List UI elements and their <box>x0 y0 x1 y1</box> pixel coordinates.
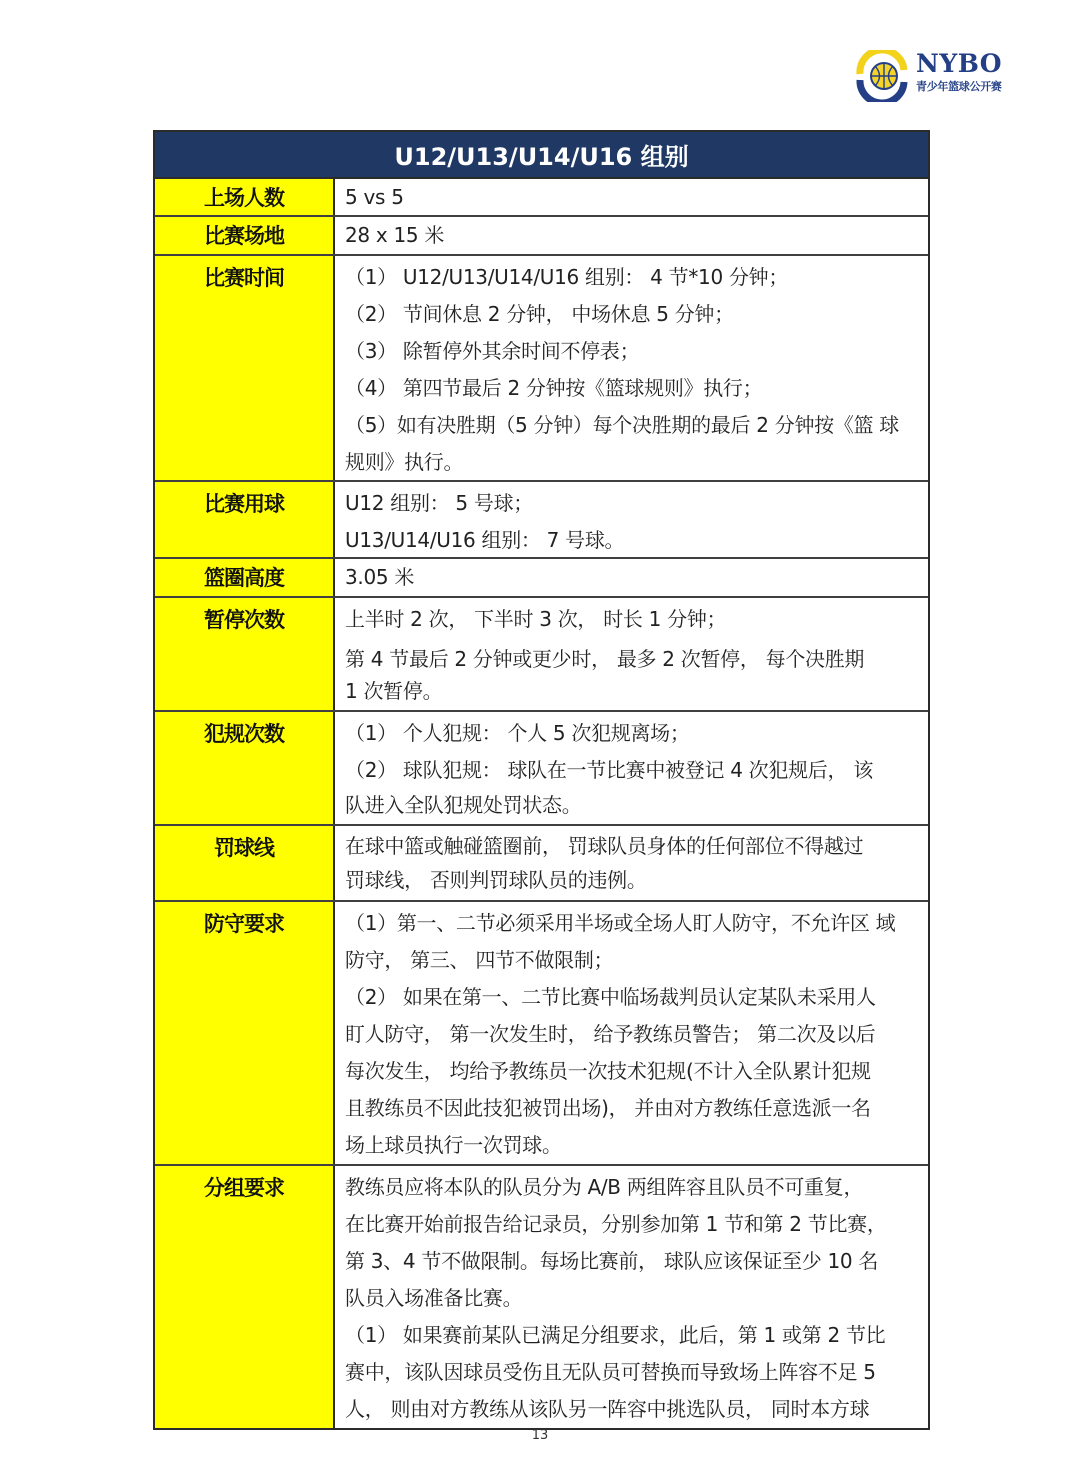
content-line: 且教练员不因此技犯被罚出场)， 并由对方教练任意选派一名 <box>345 1090 922 1127</box>
content-line: （1） 个人犯规： 个人 5 次犯规离场； <box>345 715 922 752</box>
row-label: 篮圈高度 <box>155 559 335 596</box>
content-line: （2） 如果在第一、二节比赛中临场裁判员认定某队未采用人 <box>345 979 922 1016</box>
content-line: 第 4 节最后 2 分钟或更少时， 最多 2 次暂停， 每个决胜期 <box>345 642 922 676</box>
table-row-game-time: 比赛时间 （1） U12/U13/U14/U16 组别： 4 节*10 分钟； … <box>155 256 928 482</box>
row-content: （1） 个人犯规： 个人 5 次犯规离场； （2） 球队犯规： 球队在一节比赛中… <box>335 712 928 824</box>
row-label: 防守要求 <box>155 902 335 1164</box>
row-content: （1）第一、二节必须采用半场或全场人盯人防守，不允许区 域 防守， 第三、 四节… <box>335 902 928 1164</box>
content-line: （1） U12/U13/U14/U16 组别： 4 节*10 分钟； <box>345 259 922 296</box>
row-label: 暂停次数 <box>155 598 335 710</box>
content-line: （2） 节间休息 2 分钟， 中场休息 5 分钟； <box>345 296 922 333</box>
row-content: 教练员应将本队的队员分为 A/B 两组阵容且队员不可重复， 在比赛开始前报告给记… <box>335 1166 928 1428</box>
content-line: 在比赛开始前报告给记录员，分别参加第 1 节和第 2 节比赛， <box>345 1206 922 1243</box>
table-row-fouls: 犯规次数 （1） 个人犯规： 个人 5 次犯规离场； （2） 球队犯规： 球队在… <box>155 712 928 826</box>
row-content: 在球中篮或触碰篮圈前， 罚球队员身体的任何部位不得越过 罚球线， 否则判罚球队员… <box>335 826 928 900</box>
table-row-free-throw-line: 罚球线 在球中篮或触碰篮圈前， 罚球队员身体的任何部位不得越过 罚球线， 否则判… <box>155 826 928 902</box>
row-content: 3.05 米 <box>335 559 928 596</box>
content-line: （3） 除暂停外其余时间不停表； <box>345 333 922 370</box>
logo-subtitle: 青少年篮球公开赛 <box>916 80 1002 94</box>
content-line: 人， 则由对方教练从该队另一阵容中挑选队员， 同时本方球 <box>345 1391 922 1428</box>
content-line: 罚球线， 否则判罚球队员的违例。 <box>345 864 922 896</box>
content-line: 28 x 15 米 <box>345 217 922 254</box>
content-line: 场上球员执行一次罚球。 <box>345 1127 922 1164</box>
content-line: （5）如有决胜期（5 分钟）每个决胜期的最后 2 分钟按《篮 球 <box>345 407 922 444</box>
table-title: U12/U13/U14/U16 组别 <box>155 132 928 179</box>
row-label: 比赛时间 <box>155 256 335 480</box>
row-label: 上场人数 <box>155 179 335 215</box>
row-content: 5 vs 5 <box>335 179 928 215</box>
content-line: 赛中，该队因球员受伤且无队员可替换而导致场上阵容不足 5 <box>345 1354 922 1391</box>
content-line: 3.05 米 <box>345 559 922 596</box>
page-number: 13 <box>0 1428 1080 1443</box>
content-line: 每次发生， 均给予教练员一次技术犯规(不计入全队累计犯规 <box>345 1053 922 1090</box>
content-line: 规则》执行。 <box>345 444 922 481</box>
table-row-grouping: 分组要求 教练员应将本队的队员分为 A/B 两组阵容且队员不可重复， 在比赛开始… <box>155 1166 928 1428</box>
row-label: 罚球线 <box>155 826 335 900</box>
content-line: 在球中篮或触碰篮圈前， 罚球队员身体的任何部位不得越过 <box>345 829 922 864</box>
row-content: 上半时 2 次， 下半时 3 次， 时长 1 分钟； 第 4 节最后 2 分钟或… <box>335 598 928 710</box>
table-row-players: 上场人数 5 vs 5 <box>155 179 928 217</box>
content-line: 1 次暂停。 <box>345 676 922 706</box>
row-content: （1） U12/U13/U14/U16 组别： 4 节*10 分钟； （2） 节… <box>335 256 928 480</box>
content-line: （1） 如果赛前某队已满足分组要求，此后，第 1 或第 2 节比 <box>345 1317 922 1354</box>
row-label: 比赛场地 <box>155 217 335 254</box>
row-label: 犯规次数 <box>155 712 335 824</box>
row-content: 28 x 15 米 <box>335 217 928 254</box>
content-line: 5 vs 5 <box>345 179 922 216</box>
table-row-timeouts: 暂停次数 上半时 2 次， 下半时 3 次， 时长 1 分钟； 第 4 节最后 … <box>155 598 928 712</box>
table-row-court: 比赛场地 28 x 15 米 <box>155 217 928 256</box>
basketball-logo-icon <box>854 50 910 102</box>
content-line: 队进入全队犯规处罚状态。 <box>345 789 922 821</box>
content-line: U12 组别： 5 号球； <box>345 485 922 522</box>
content-line: 队员入场准备比赛。 <box>345 1280 922 1317</box>
content-line: （4） 第四节最后 2 分钟按《篮球规则》执行； <box>345 370 922 407</box>
table-row-defense: 防守要求 （1）第一、二节必须采用半场或全场人盯人防守，不允许区 域 防守， 第… <box>155 902 928 1166</box>
content-line: 上半时 2 次， 下半时 3 次， 时长 1 分钟； <box>345 601 922 638</box>
row-label: 比赛用球 <box>155 482 335 557</box>
content-line: （1）第一、二节必须采用半场或全场人盯人防守，不允许区 域 <box>345 905 922 942</box>
logo-brand-text: NYBO <box>916 50 1002 78</box>
row-label: 分组要求 <box>155 1166 335 1428</box>
table-row-rim-height: 篮圈高度 3.05 米 <box>155 559 928 598</box>
row-content: U12 组别： 5 号球； U13/U14/U16 组别： 7 号球。 <box>335 482 928 557</box>
content-line: 防守， 第三、 四节不做限制； <box>345 942 922 979</box>
content-line: U13/U14/U16 组别： 7 号球。 <box>345 522 922 559</box>
table-row-ball: 比赛用球 U12 组别： 5 号球； U13/U14/U16 组别： 7 号球。 <box>155 482 928 559</box>
nybo-logo: NYBO 青少年篮球公开赛 <box>854 48 1034 104</box>
content-line: 教练员应将本队的队员分为 A/B 两组阵容且队员不可重复， <box>345 1169 922 1206</box>
content-line: 盯人防守， 第一次发生时， 给予教练员警告； 第二次及以后 <box>345 1016 922 1053</box>
content-line: （2） 球队犯规： 球队在一节比赛中被登记 4 次犯规后， 该 <box>345 752 922 789</box>
content-line: 第 3、4 节不做限制。每场比赛前， 球队应该保证至少 10 名 <box>345 1243 922 1280</box>
rules-table: U12/U13/U14/U16 组别 上场人数 5 vs 5 比赛场地 28 x… <box>153 130 930 1430</box>
